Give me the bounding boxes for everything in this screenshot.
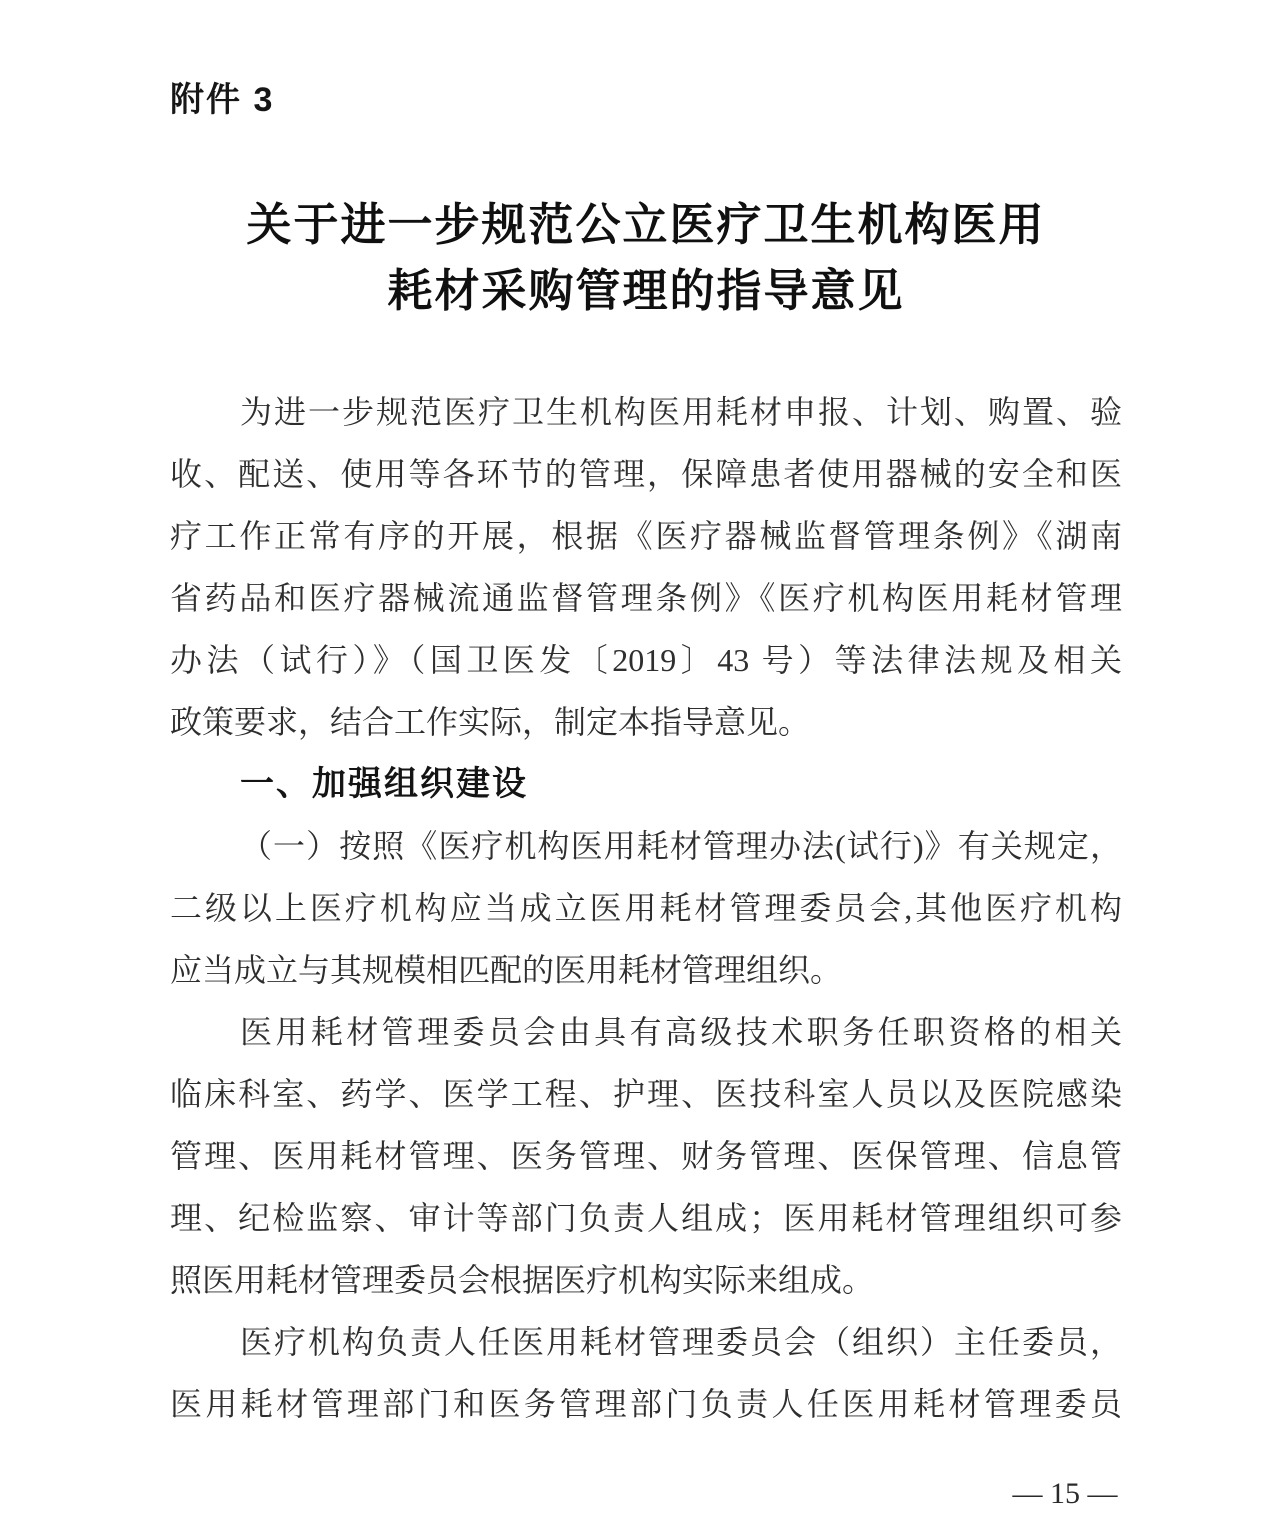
body-line: 二级以上医疗机构应当成立医用耗材管理委员会,其他医疗机构: [170, 877, 1122, 939]
body-line: 应当成立与其规模相匹配的医用耗材管理组织。: [170, 939, 1122, 1001]
body-line: 照医用耗材管理委员会根据医疗机构实际来组成。: [170, 1249, 1122, 1311]
attachment-label: 附件 3: [170, 80, 274, 120]
body-line: 收、配送、使用等各环节的管理，保障患者使用器械的安全和医: [170, 443, 1122, 505]
document-body: 为进一步规范医疗卫生机构医用耗材申报、计划、购置、验 收、配送、使用等各环节的管…: [170, 381, 1122, 1435]
body-line: 临床科室、药学、医学工程、护理、医技科室人员以及医院感染: [170, 1063, 1122, 1125]
document-title-line-2: 耗材采购管理的指导意见: [170, 258, 1122, 324]
document-title: 关于进一步规范公立医疗卫生机构医用 耗材采购管理的指导意见: [170, 192, 1122, 324]
document-title-line-1: 关于进一步规范公立医疗卫生机构医用: [170, 192, 1122, 258]
body-line: 医疗机构负责人任医用耗材管理委员会（组织）主任委员，: [170, 1311, 1122, 1373]
body-line: 一、加强组织建设: [170, 753, 1122, 815]
body-line: 医用耗材管理委员会由具有高级技术职务任职资格的相关: [170, 1001, 1122, 1063]
body-line: （一）按照《医疗机构医用耗材管理办法(试行)》有关规定，: [170, 815, 1122, 877]
body-line: 政策要求，结合工作实际，制定本指导意见。: [170, 691, 1122, 753]
document-page: 附件 3 关于进一步规范公立医疗卫生机构医用 耗材采购管理的指导意见 为进一步规…: [0, 0, 1280, 1524]
body-line: 管理、医用耗材管理、医务管理、财务管理、医保管理、信息管: [170, 1125, 1122, 1187]
body-line: 办法（试行）》（国卫医发〔2019〕43 号）等法律法规及相关: [170, 629, 1122, 691]
body-line: 省药品和医疗器械流通监督管理条例》《医疗机构医用耗材管理: [170, 567, 1122, 629]
body-line: 医用耗材管理部门和医务管理部门负责人任医用耗材管理委员: [170, 1373, 1122, 1435]
body-line: 疗工作正常有序的开展，根据《医疗器械监督管理条例》《湖南: [170, 505, 1122, 567]
page-number: — 15 —: [1000, 1474, 1130, 1514]
body-line: 理、纪检监察、审计等部门负责人组成；医用耗材管理组织可参: [170, 1187, 1122, 1249]
body-line: 为进一步规范医疗卫生机构医用耗材申报、计划、购置、验: [170, 381, 1122, 443]
